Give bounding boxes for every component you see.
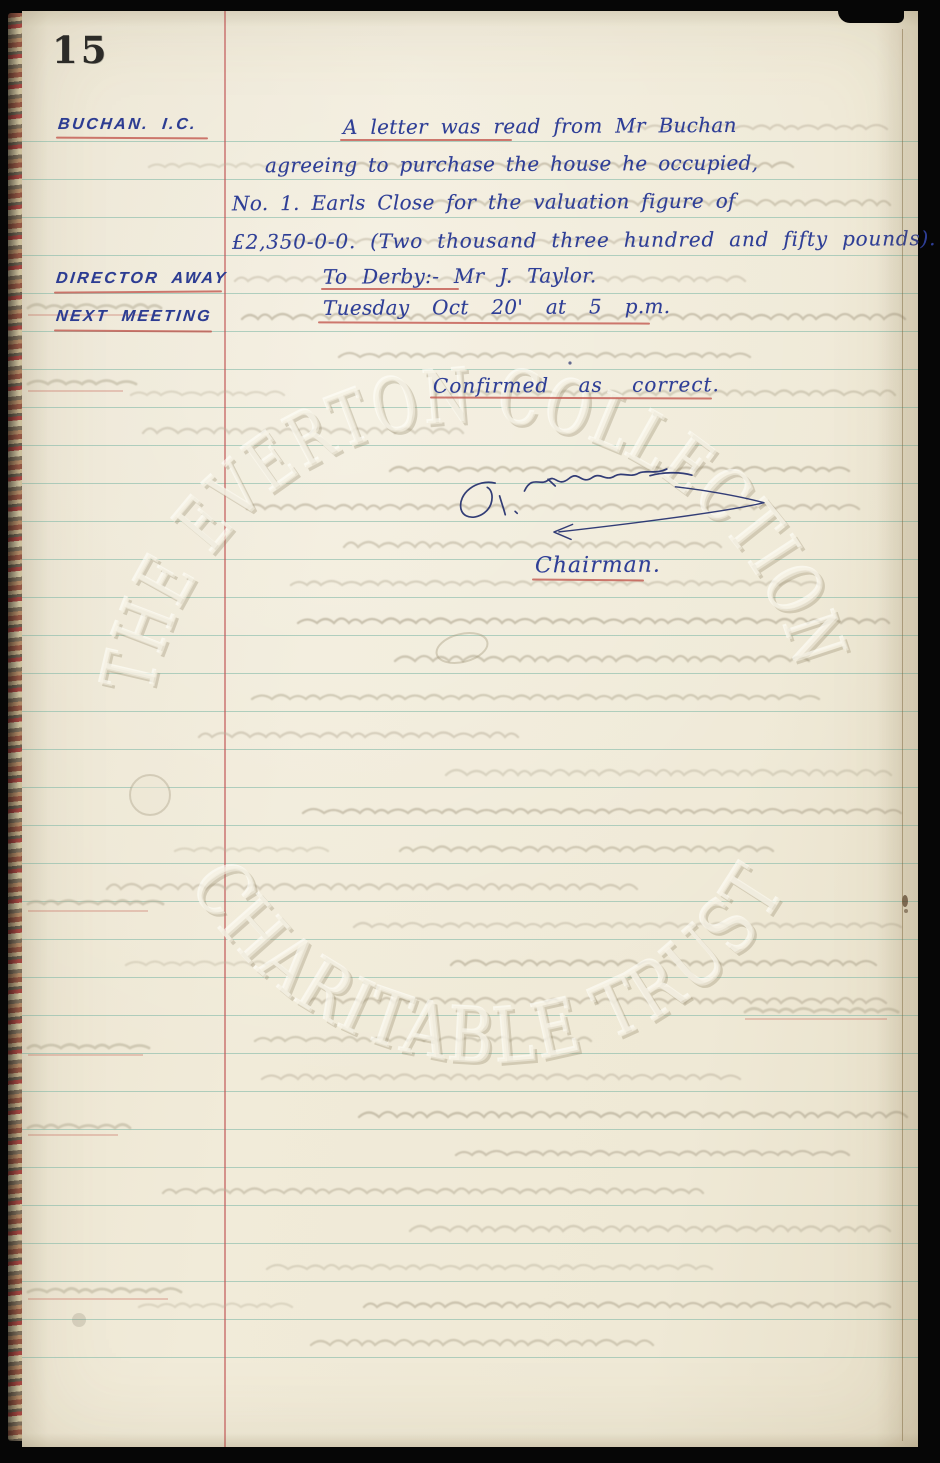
red-underline <box>56 137 208 140</box>
entry-heading-next-meeting: NEXT MEETING <box>55 308 213 326</box>
page-fold-crease <box>902 29 903 1441</box>
svg-text:THE EVERTON COLLECTION: THE EVERTON COLLECTION <box>84 351 862 698</box>
svg-text:THE EVERTON COLLECTION: THE EVERTON COLLECTION <box>86 353 864 700</box>
entry-heading-director-away: DIRECTOR AWAY <box>55 270 228 288</box>
red-margin-line <box>224 11 226 1447</box>
minute-line: A letter was read from Mr Buchan <box>343 113 737 139</box>
minute-line: agreeing to purchase the house he occupi… <box>265 151 759 178</box>
svg-text:CHARITABLE TRUST: CHARITABLE TRUST <box>174 846 804 1082</box>
minute-line: Tuesday Oct 20' at 5 p.m. <box>323 294 671 320</box>
page-corner-shadow <box>838 11 904 23</box>
red-underline <box>532 579 644 582</box>
chairman-label: Chairman. <box>535 553 661 579</box>
scanned-minute-book-photo: THE EVERTON COLLECTION THE EVERTON COLLE… <box>0 0 940 1463</box>
minute-line: No. 1. Earls Close for the valuation fig… <box>232 189 736 216</box>
svg-text:CHARITABLE TRUST: CHARITABLE TRUST <box>172 844 802 1080</box>
watermark-center-mark <box>433 628 490 668</box>
red-underline <box>54 329 212 332</box>
svg-text:CHARITABLE TRUST: CHARITABLE TRUST <box>177 848 807 1084</box>
page-number: 15 <box>52 28 110 72</box>
watermark-dot <box>130 775 170 815</box>
red-underline <box>321 288 459 290</box>
ledger-page: THE EVERTON COLLECTION THE EVERTON COLLE… <box>22 11 918 1447</box>
red-underline <box>340 139 512 141</box>
minute-line: To Derby:- Mr J. Taylor. <box>323 263 597 288</box>
minute-line: £2,350-0-0. (Two thousand three hundred … <box>232 226 936 254</box>
watermark-arc-top: THE EVERTON COLLECTION THE EVERTON COLLE… <box>84 351 866 702</box>
red-underline <box>318 321 650 324</box>
svg-text:THE EVERTON COLLECTION: THE EVERTON COLLECTION <box>88 356 866 703</box>
watermark-arc-bottom: CHARITABLE TRUST CHARITABLE TRUST CHARIT… <box>172 844 806 1084</box>
entry-heading-buchan: BUCHAN. I.C. <box>57 116 198 134</box>
red-underline <box>430 397 712 400</box>
confirmation-line: Confirmed as correct. <box>433 372 720 398</box>
red-underline <box>54 290 222 293</box>
